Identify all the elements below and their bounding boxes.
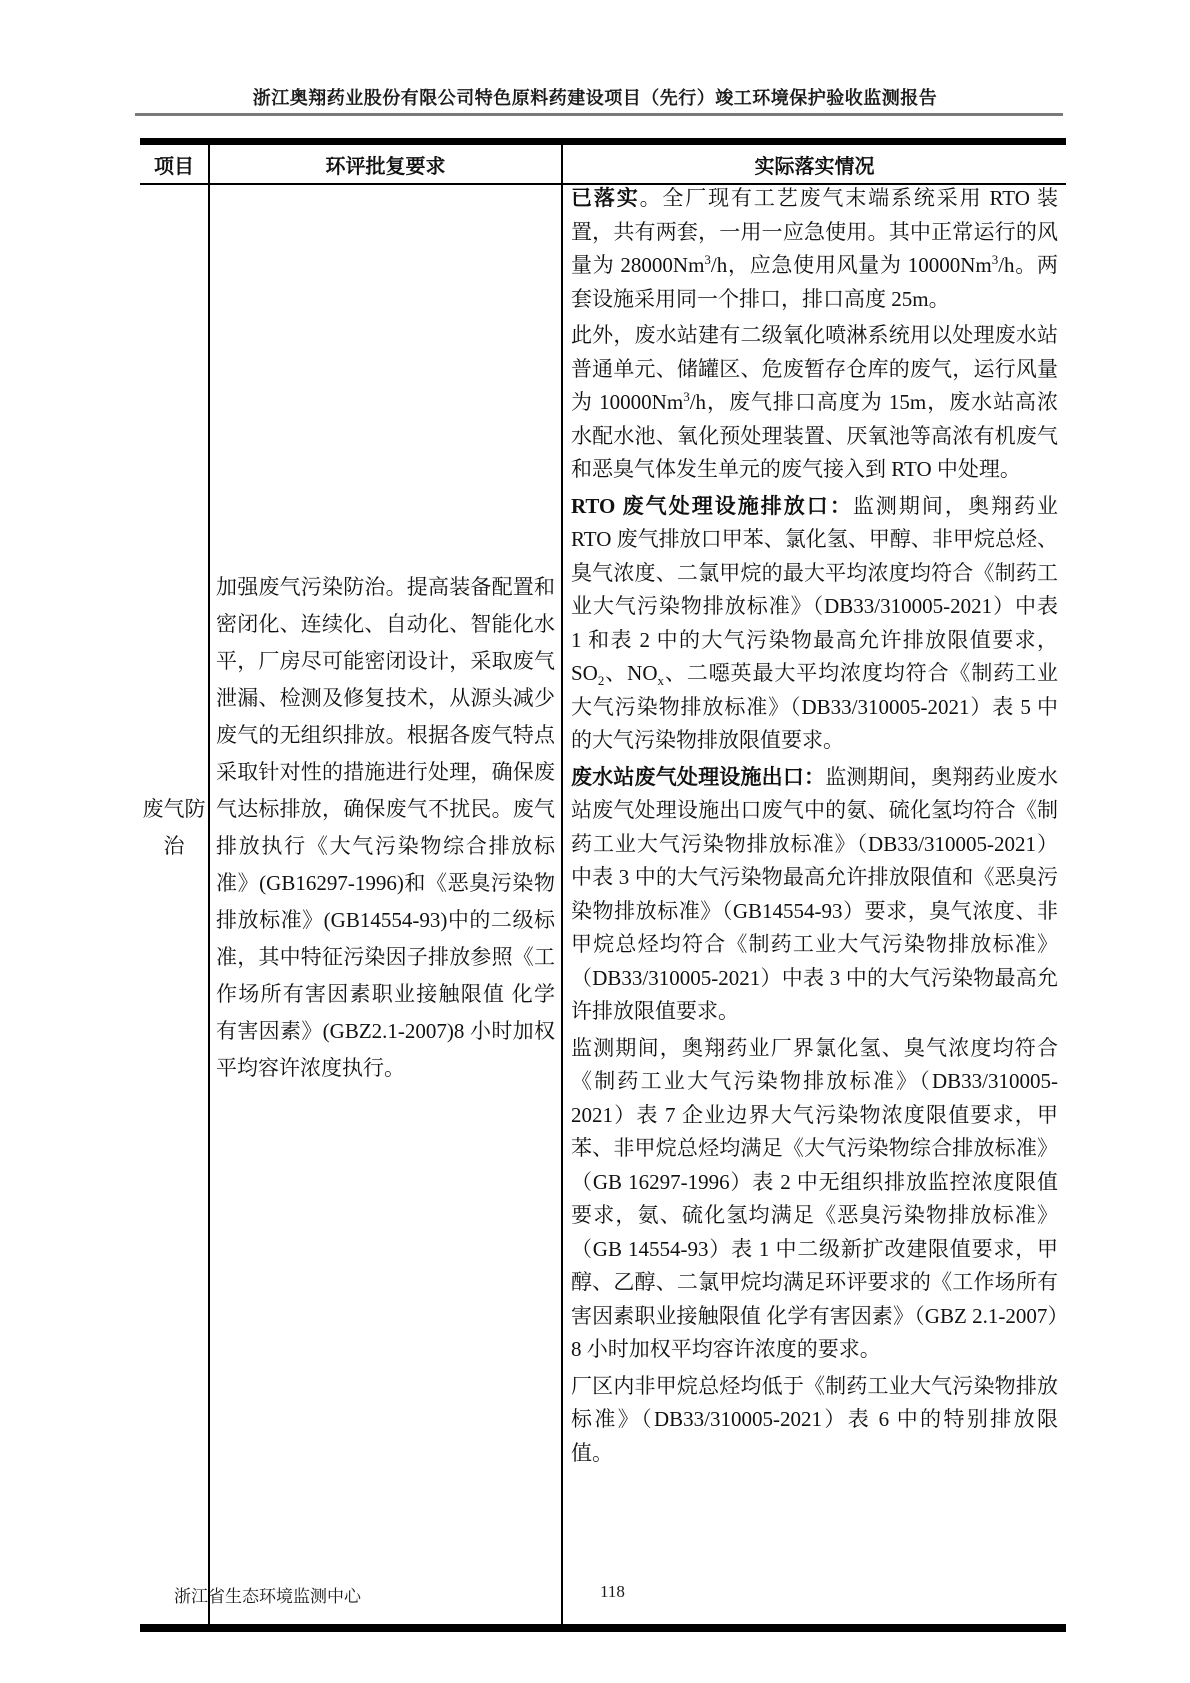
item-cell-text: 废气防治 [140, 791, 208, 865]
item-cell: 废气防治 [140, 185, 210, 1624]
column-header-implementation: 实际落实情况 [563, 145, 1066, 183]
document-page: 浙江奥翔药业股份有限公司特色原料药建设项目（先行）竣工环境保护验收监测报告 项目… [0, 0, 1190, 1683]
table-bottom-border [140, 1624, 1066, 1632]
compliance-table: 项目 环评批复要求 实际落实情况 废气防治 加强废气污染防治。提高装备配置和密闭… [140, 138, 1066, 1632]
header-rule [135, 113, 1063, 116]
document-title: 浙江奥翔药业股份有限公司特色原料药建设项目（先行）竣工环境保护验收监测报告 [0, 84, 1190, 110]
table-body-row: 废气防治 加强废气污染防治。提高装备配置和密闭化、连续化、自动化、智能化水平，厂… [140, 185, 1066, 1624]
implementation-paragraph: 此外，废水站建有二级氧化喷淋系统用以处理废水站普通单元、储罐区、危废暂存仓库的废… [571, 319, 1058, 487]
implementation-cell: 已落实。全厂现有工艺废气末端系统采用 RTO 装置，共有两套，一用一应急使用。其… [563, 185, 1066, 1624]
page-number: 118 [600, 1582, 625, 1602]
table-top-border [140, 138, 1066, 145]
implementation-paragraph: 废水站废气处理设施出口：监测期间，奥翔药业废水站废气处理设施出口废气中的氨、硫化… [571, 761, 1058, 1029]
implementation-paragraph: RTO 废气处理设施排放口：监测期间，奥翔药业 RTO 废气排放口甲苯、氯化氢、… [571, 490, 1058, 758]
implementation-paragraph: 厂区内非甲烷总烃均低于《制药工业大气污染物排放标准》（DB33/310005-2… [571, 1370, 1058, 1471]
table-header-row: 项目 环评批复要求 实际落实情况 [140, 145, 1066, 185]
requirement-cell-text: 加强废气污染防治。提高装备配置和密闭化、连续化、自动化、智能化水平，厂房尽可能密… [210, 569, 561, 1087]
column-header-requirement: 环评批复要求 [210, 145, 563, 183]
implementation-paragraph: 已落实。全厂现有工艺废气末端系统采用 RTO 装置，共有两套，一用一应急使用。其… [571, 182, 1058, 316]
footer-organization: 浙江省生态环境监测中心 [174, 1582, 361, 1607]
implementation-cell-text: 已落实。全厂现有工艺废气末端系统采用 RTO 装置，共有两套，一用一应急使用。其… [563, 182, 1066, 1473]
requirement-cell: 加强废气污染防治。提高装备配置和密闭化、连续化、自动化、智能化水平，厂房尽可能密… [210, 185, 563, 1624]
implementation-paragraph: 监测期间，奥翔药业厂界氯化氢、臭气浓度均符合《制药工业大气污染物排放标准》（DB… [571, 1032, 1058, 1367]
column-header-item: 项目 [140, 145, 210, 183]
